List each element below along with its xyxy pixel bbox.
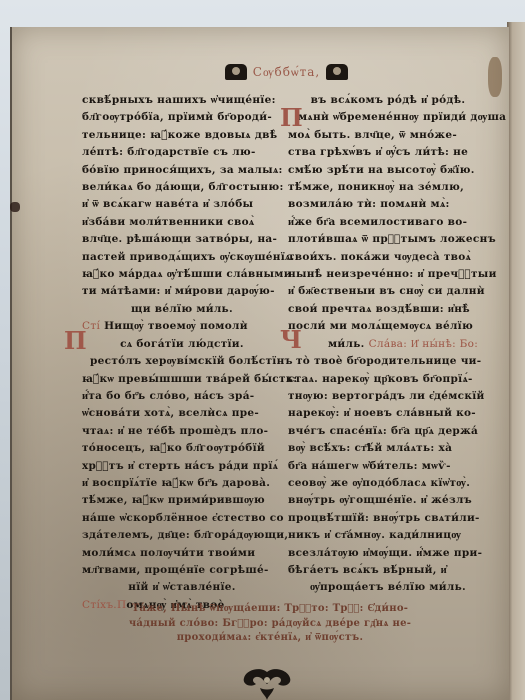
text-line: плоти́вшаѧ ѿ прⷭ҇тымъ ложеснъ [288, 231, 488, 248]
text-line: пастей приводѧ́щихъ ѹ҆скѹше́нїѧ. [82, 249, 282, 266]
footer-line: ча́дный сло́во: Бгⷪ҇ро: ра́дѹйсѧ две́ре … [120, 617, 420, 632]
text-line: бг҃а на́шегѡ ѡ҆би́тель: мѡѷ- [288, 458, 488, 475]
text-line: и҆ ѿ всѧ́кагѡ наве́та и҆ зло́бы [82, 196, 282, 213]
text-line: и҆зба́ви моли́твенники своѧ̀ [82, 214, 282, 231]
text-line: ти ма́тѣами: и҆ ми́рови дарѹ́ю- [82, 283, 282, 300]
text-line: нынѣ̀ неизрече́нно: и҆ пречⷭ҇тыи [288, 266, 488, 283]
text-line: сѧ бога́тїи лю́дстїи. [82, 336, 282, 353]
text-line: то́носецъ, ꙗ҆́ко бл҃гоѹтро́бїй [82, 440, 282, 457]
footer-line: Та́же, Ны́нѣ ѿпѹща́еши: Трⷭ҇то: Трⷪ҇: Є҆… [120, 602, 420, 617]
text-line: твои́хъ. пока́жи чѹдеса̀ твоѧ̀ [288, 249, 488, 266]
text-line: то̀ твоѐ бг҃ородительнице чи- [288, 353, 488, 370]
text-line: смѣ́ю зрѣ́ти на высотѹ̀ бж҃їю. [288, 162, 488, 179]
text-line: и҆́же бг҃а всемилостиваго во- [288, 214, 488, 231]
right-head-ornament-icon [326, 64, 348, 80]
stain-top-right [488, 57, 502, 97]
text-line: тнѹю: вертогра́дъ ли є҆де́мскїй [288, 388, 488, 405]
text-line: ресто́лъ херѹві́мскїй болѣ́стїнъ [82, 353, 282, 370]
slava-line: ми́ль. Сла́ва: И҆ ны́нѣ: Бо: [288, 336, 488, 353]
text-line: хрⷭ҇тъ и҆ стерть на́съ ра́ди прїѧ́ [82, 458, 282, 475]
page-header: Сѹббѡ́та, [214, 60, 359, 84]
text-line: моѧ̀ быть. влч҃це, ѿ мно́же- [288, 127, 488, 144]
red-initial-ch: Ч [280, 328, 302, 352]
footer-rubric: Та́же, Ны́нѣ ѿпѹща́еши: Трⷭ҇то: Трⷪ҇: Є҆… [120, 602, 420, 646]
text-line: въ всѧ́комъ ро́дѣ и҆ ро́дѣ. [288, 92, 488, 109]
text-line: ле́птѣ: бл҃годарствїе съ лю- [82, 144, 282, 161]
text-line: тельнице: ꙗ҆́коже вдовыѧ двѣ̀ [82, 127, 282, 144]
tailpiece-ornament-icon [232, 668, 302, 700]
text-end: ми́ль. [328, 338, 365, 350]
text-line: нарекѹ̀: и҆ ноевъ сла́вный ко- [288, 405, 488, 422]
left-column: сквѣ́рныхъ нашихъ ѡ҆чище́нїе: бл҃гоѹтро́… [82, 92, 282, 614]
text-line: посли́ ми молѧ́щемѹсѧ ве́лїю [288, 318, 488, 335]
slava-rubric: Сла́ва: И҆ ны́нѣ: Бо: [369, 338, 478, 350]
next-page-edge [507, 22, 525, 700]
stichos-line: Сті́ Нищѹ̀ твоемѹ̀ помолѝ [82, 318, 282, 335]
text-line: никъ и҆ ст҃а́мнѹ. кади́лницѹ [288, 527, 488, 544]
text-line: тѣ́мже, ꙗ҆́кѡ прими́рившѹю [82, 492, 282, 509]
text-line: сквѣ́рныхъ нашихъ ѡ҆чище́нїе: [82, 92, 282, 109]
red-initial-p: П [280, 106, 303, 130]
text-line: ѡ҆снова́ти хотѧ̀, вселѝсѧ пре- [82, 405, 282, 422]
text-line: моли́мсѧ полѹчи́ти твои́ми [82, 545, 282, 562]
text-line: вче́гъ спасе́нїѧ: бг҃а цр҃ѧ держа́ [288, 423, 488, 440]
stain-left [10, 202, 20, 212]
stichos-label: Сті́хъ. [82, 599, 117, 611]
text-line: мѧнѝ ѡ҆бремене́ннѹ прїиди́ дѹша [288, 109, 488, 126]
stichos-text: Нищѹ̀ твоемѹ̀ помолѝ [104, 320, 248, 332]
text-line: нїй и҆ ѡ҆ставле́нїе. [82, 579, 282, 596]
text-line: бѣга́етъ всѧ́къ вѣ́рный, и҆ [288, 562, 488, 579]
text-line: ства грѣхѡ́въ и҆ ѹ҆́съ ли́тѣ: не [288, 144, 488, 161]
right-column: въ всѧ́комъ ро́дѣ и҆ ро́дѣ. мѧнѝ ѡ҆бреме… [288, 92, 488, 597]
left-head-ornament-icon [225, 64, 247, 80]
text-line: бо́вїю принося́щихъ, за малыѧ: [82, 162, 282, 179]
text-line: стаѧ. нарекѹ̀ цр҃ковъ бг҃опрїѧ́- [288, 371, 488, 388]
text-line: ѹ҆проща́етъ ве́лїю ми́ль. [288, 579, 488, 596]
text-line: зда́телемъ, дв҃це: бл҃гора́дѹющи, [82, 527, 282, 544]
text-line: вели́каѧ бо да́ющи, бл҃гостыню: [82, 179, 282, 196]
text-line: тѣ́мже, поникнѹ̀ на зе́млю, [288, 179, 488, 196]
text-line: вѹ̀ всѣ́хъ: ст҃ѣ́й мла́ѧть: ха̀ [288, 440, 488, 457]
text-line: чтаѧ: и҆ не те́бѣ прошѐдъ пло- [82, 423, 282, 440]
text-line: бл҃гоѹтро́бїа, прїимѝ бг҃ороди́- [82, 109, 282, 126]
running-head: Сѹббѡ́та, [253, 65, 320, 80]
text-line: щи ве́лїю ми́ль. [82, 301, 282, 318]
text-line: сеовѹ̀ же ѹ҆подо́бласѧ кїѡ҆тѹ̀. [288, 475, 488, 492]
footer-line: проходи́маѧ: є҆кте́нїѧ, и҆ ѿпѹ́стъ. [120, 631, 420, 646]
text-line: на́ше ѡ҆скорблённое є҆стество со [82, 510, 282, 527]
text-line: процвѣ́тшїй: внѹ́трь свѧти́ли- [288, 510, 488, 527]
text-line: ꙗ҆́ко ма́рдаѧ ѹ҆тѣ́шши сла́вными [82, 266, 282, 283]
text-line: возмила́ю тѝ: помѧнѝ мѧ̀: [288, 196, 488, 213]
text-line: внѹ́трь ѹ҆гощше́нїе. и҆ же́злъ [288, 492, 488, 509]
text-line: всезла́тѹю и҆мѹ́щи. и҆́мже при- [288, 545, 488, 562]
text-line: свои́ пречтаѧ воздѣ́вши: и҆нѣ̀ [288, 301, 488, 318]
red-initial-p: П [64, 329, 87, 353]
text-line: и҆́та бо бг҃ъ сло́во, на́съ зра́- [82, 388, 282, 405]
text-line: и҆ воспрїѧ́тїе ꙗ҆́кѡ бг҃ъ дарова̀. [82, 475, 282, 492]
text-line: ꙗ҆́кѡ превы́шшши тва́рей бы́сть: [82, 371, 282, 388]
text-line: мл҃твами, проще́нїе согрѣше́- [82, 562, 282, 579]
text-line: влч҃це. рѣша́ющи затво́ры, на- [82, 231, 282, 248]
text-line: и҆ бж҃ественыи въ снѹ̀ си далнѝ [288, 283, 488, 300]
